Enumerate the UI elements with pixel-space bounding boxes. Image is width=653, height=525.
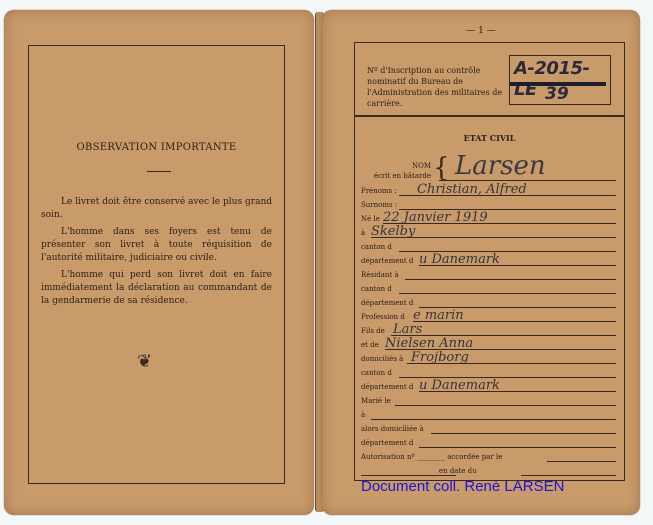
field-line — [405, 279, 616, 280]
observation-title: OBSERVATION IMPORTANTE — [29, 142, 284, 153]
field-canton-2: canton d — [361, 281, 616, 295]
left-page: OBSERVATION IMPORTANTE Le livret doit êt… — [4, 10, 314, 515]
fleuron-ornament-icon: ❦ — [137, 351, 152, 372]
field-label: Résidant à — [361, 271, 399, 279]
field-departement-2: département d — [361, 295, 616, 309]
field-label: Prénoms : — [361, 187, 397, 195]
field-surnoms: Surnoms : — [361, 197, 616, 211]
field-label: et de — [361, 341, 379, 349]
field-label: canton d — [361, 285, 392, 293]
field-ne-le: Né le22 Janvier 1919 — [361, 211, 616, 225]
observation-paragraph: L'homme qui perd son livret doit en fair… — [41, 269, 272, 308]
observation-paragraph: Le livret doit être conservé avec le plu… — [41, 196, 272, 222]
field-autorisation: Autorisation nº ________ accordée par le — [361, 449, 616, 463]
field-canton: canton d — [361, 239, 616, 253]
field-line — [371, 419, 616, 420]
nom-label-line: NOM — [361, 161, 431, 171]
nom-value: Larsen — [455, 151, 546, 181]
field-marie-le: Marié le — [361, 393, 616, 407]
field-label: Fils de — [361, 327, 385, 335]
field-alors-domiciliee: alors domiciliée à — [361, 421, 616, 435]
observation-paragraph: L'homme dans ses foyers est tenu de prés… — [41, 226, 272, 265]
field-label: canton d — [361, 243, 392, 251]
field-label: département d — [361, 299, 413, 307]
field-line — [431, 433, 616, 434]
field-label: canton d — [361, 369, 392, 377]
field-label: département d — [361, 383, 413, 391]
field-label: département d — [361, 257, 413, 265]
field-value: Lars — [393, 322, 422, 337]
inscription-sub-number: 39 — [545, 84, 569, 104]
section-divider — [355, 115, 624, 117]
field-a-2: à — [361, 407, 616, 421]
field-label: Surnoms : — [361, 201, 397, 209]
field-label: Né le — [361, 215, 380, 223]
field-departement: département du Danemark — [361, 253, 616, 267]
field-label: Marié le — [361, 397, 391, 405]
field-value: Christian, Alfred — [417, 182, 527, 197]
field-canton-3: canton d — [361, 365, 616, 379]
field-line — [399, 293, 616, 294]
observation-body: Le livret doit être conservé avec le plu… — [41, 196, 272, 312]
field-line — [361, 475, 456, 476]
field-fils-de: Fils deLars — [361, 323, 616, 337]
collection-credit: Document coll. René LARSEN — [361, 478, 564, 495]
field-line — [395, 405, 616, 406]
field-value: u Danemark — [419, 252, 500, 267]
field-label: alors domiciliée à — [361, 425, 424, 433]
page-number: — 1 — — [322, 26, 640, 36]
title-rule — [147, 171, 171, 172]
field-residant: Résidant à — [361, 267, 616, 281]
field-line — [547, 461, 616, 462]
nom-underline — [439, 180, 616, 181]
field-line — [521, 475, 616, 476]
nom-label-line: écrit en bâtarde — [361, 171, 431, 181]
field-value: e marin — [413, 308, 464, 323]
field-departement-3: département du Danemark — [361, 379, 616, 393]
field-label: à — [361, 229, 365, 237]
nom-label: NOM écrit en bâtarde — [361, 161, 431, 181]
field-label: domiciliés à — [361, 355, 403, 363]
field-label: en date du — [361, 467, 477, 475]
field-profession: Profession de marin — [361, 309, 616, 323]
field-domicilies: domiciliés àFrojborg — [361, 351, 616, 365]
field-prenoms: Prénoms :Christian, Alfred — [361, 183, 616, 197]
left-page-frame: OBSERVATION IMPORTANTE Le livret doit êt… — [28, 45, 285, 484]
field-line — [419, 447, 616, 448]
field-label: à — [361, 411, 365, 419]
field-value: Frojborg — [411, 350, 469, 365]
field-value: Skelby — [371, 224, 415, 239]
field-en-date-du: en date du — [361, 463, 616, 477]
brace: { — [433, 153, 450, 183]
inscription-label: Nº d'Inscription au contrôle nominatif d… — [367, 65, 515, 109]
field-value: u Danemark — [419, 378, 500, 393]
field-label: Profession d — [361, 313, 405, 321]
field-departement-4: département d — [361, 435, 616, 449]
field-value: 22 Janvier 1919 — [383, 210, 488, 225]
field-a: àSkelby — [361, 225, 616, 239]
right-page-frame: Nº d'Inscription au contrôle nominatif d… — [354, 42, 625, 481]
inscription-box: A-2015-LE 39 — [509, 55, 611, 105]
field-value: Nielsen Anna — [385, 336, 473, 351]
section-title: ETAT CIVIL — [355, 133, 624, 143]
field-label: Autorisation nº ________ accordée par le — [361, 453, 502, 461]
field-label: département d — [361, 439, 413, 447]
field-et-de: et deNielsen Anna — [361, 337, 616, 351]
right-page: — 1 — Nº d'Inscription au contrôle nomin… — [322, 10, 640, 515]
